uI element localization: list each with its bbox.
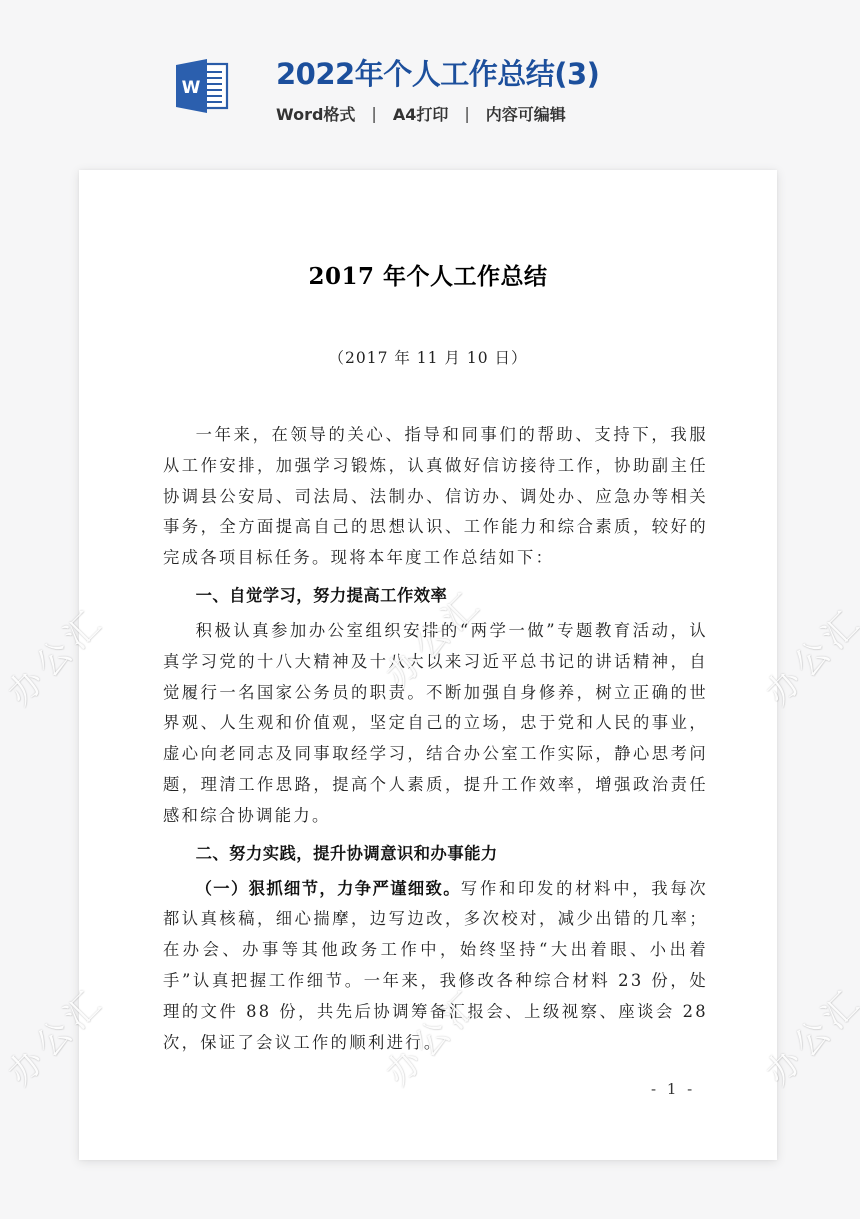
page-number: - 1 - <box>651 1080 695 1098</box>
tag-separator: | <box>371 104 376 123</box>
subsection-text: 写作和印发的材料中，我每次都认真核稿，细心揣摩，边写边改，多次校对，减少出错的几… <box>163 879 708 1052</box>
subsection-lead: （一）狠抓细节，力争严谨细致。 <box>196 879 461 898</box>
tag-separator: | <box>464 104 469 123</box>
svg-text:W: W <box>182 78 201 98</box>
document-date: （2017 年 11 月 10 日） <box>79 346 777 368</box>
format-tags: Word格式 | A4打印 | 内容可编辑 <box>276 102 566 125</box>
tag-word-format: Word格式 <box>276 102 355 125</box>
word-doc-icon: W <box>174 58 230 114</box>
document-title: 2017 年个人工作总结 <box>79 258 777 291</box>
document-body: 一年来，在领导的关心、指导和同事们的帮助、支持下，我服从工作安排，加强学习锻炼，… <box>163 420 708 1058</box>
tag-editable: 内容可编辑 <box>486 102 566 125</box>
subsection-paragraph: （一）狠抓细节，力争严谨细致。写作和印发的材料中，我每次都认真核稿，细心揣摩，边… <box>163 874 708 1059</box>
intro-paragraph: 一年来，在领导的关心、指导和同事们的帮助、支持下，我服从工作安排，加强学习锻炼，… <box>163 420 708 574</box>
section-heading-1: 一、自觉学习，努力提高工作效率 <box>163 581 708 611</box>
tag-a4-print: A4打印 <box>393 102 449 125</box>
document-page: 2017 年个人工作总结 （2017 年 11 月 10 日） 一年来，在领导的… <box>79 170 777 1160</box>
page-title: 2022年个人工作总结(3) <box>276 52 599 93</box>
section-paragraph-1: 积极认真参加办公室组织安排的“两学一做”专题教育活动，认真学习党的十八大精神及十… <box>163 616 708 832</box>
section-heading-2: 二、努力实践，提升协调意识和办事能力 <box>163 839 708 869</box>
